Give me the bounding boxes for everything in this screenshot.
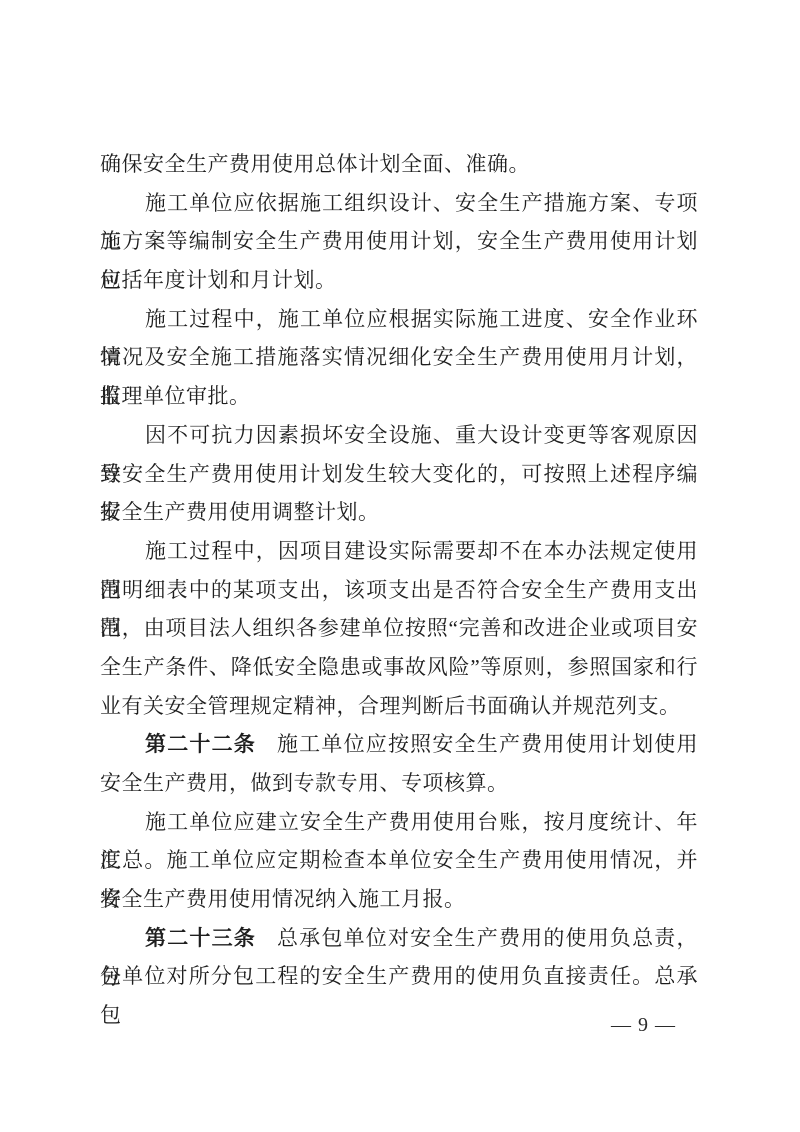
- text-line: 施工过程中，因项目建设实际需要却不在本办法规定使用范: [100, 532, 698, 571]
- paragraph-article-22: 第二十二条施工单位应按照安全生产费用使用计划使用 安全生产费用，做到专款专用、专…: [100, 725, 698, 802]
- text-line: 包单位对所分包工程的安全生产费用的使用负直接责任。总承包: [100, 957, 698, 996]
- text-line: 工方案等编制安全生产费用使用计划，安全生产费用使用计划应: [100, 222, 698, 261]
- article-text: 施工单位应按照安全生产费用使用计划使用: [277, 732, 698, 756]
- paragraph: 因不可抗力因素损坏安全设施、重大设计变更等客观原因导 致安全生产费用使用计划发生…: [100, 416, 698, 532]
- text-line: 第二十三条总承包单位对安全生产费用的使用负总责，分: [100, 919, 698, 958]
- text-line: 围明细表中的某项支出，该项支出是否符合安全生产费用支出范: [100, 571, 698, 610]
- text-line: 围，由项目法人组织各参建单位按照“完善和改进企业或项目安: [100, 609, 698, 648]
- page-number: — 9 —: [611, 1012, 676, 1038]
- text-line: 安全生产费用使用调整计划。: [100, 493, 698, 532]
- text-line: 施工单位应依据施工组织设计、安全生产措施方案、专项施: [100, 184, 698, 223]
- article-number: 第二十三条: [145, 927, 256, 950]
- text-line: 包括年度计划和月计划。: [100, 261, 698, 300]
- paragraph: 施工过程中，施工单位应根据实际施工进度、安全作业环境 情况及安全施工措施落实情况…: [100, 300, 698, 416]
- text-line: 施工过程中，施工单位应根据实际施工进度、安全作业环境: [100, 300, 698, 339]
- text-line: 第二十二条施工单位应按照安全生产费用使用计划使用: [100, 725, 698, 764]
- text-line: 监理单位审批。: [100, 377, 698, 416]
- article-number: 第二十二条: [145, 733, 256, 756]
- text-block: 确保安全生产费用使用总体计划全面、准确。 施工单位应依据施工组织设计、安全生产措…: [100, 145, 698, 996]
- paragraph: 施工过程中，因项目建设实际需要却不在本办法规定使用范 围明细表中的某项支出，该项…: [100, 532, 698, 725]
- text-line: 业有关安全管理规定精神，合理判断后书面确认并规范列支。: [100, 687, 698, 726]
- text-line: 因不可抗力因素损坏安全设施、重大设计变更等客观原因导: [100, 416, 698, 455]
- paragraph-article-23: 第二十三条总承包单位对安全生产费用的使用负总责，分 包单位对所分包工程的安全生产…: [100, 919, 698, 996]
- paragraph: 施工单位应依据施工组织设计、安全生产措施方案、专项施 工方案等编制安全生产费用使…: [100, 184, 698, 300]
- text-line: 安全生产费用使用情况纳入施工月报。: [100, 880, 698, 919]
- text-line: 全生产条件、降低安全隐患或事故风险”等原则，参照国家和行: [100, 648, 698, 687]
- text-line: 致安全生产费用使用计划发生较大变化的，可按照上述程序编报: [100, 455, 698, 494]
- text-line: 确保安全生产费用使用总体计划全面、准确。: [100, 145, 698, 184]
- text-line: 汇总。施工单位应定期检查本单位安全生产费用使用情况，并将: [100, 841, 698, 880]
- text-line: 施工单位应建立安全生产费用使用台账，按月度统计、年度: [100, 803, 698, 842]
- paragraph: 施工单位应建立安全生产费用使用台账，按月度统计、年度 汇总。施工单位应定期检查本…: [100, 803, 698, 919]
- paragraph: 确保安全生产费用使用总体计划全面、准确。: [100, 145, 698, 184]
- text-line: 安全生产费用，做到专款专用、专项核算。: [100, 764, 698, 803]
- document-page: 确保安全生产费用使用总体计划全面、准确。 施工单位应依据施工组织设计、安全生产措…: [0, 0, 800, 1132]
- text-line: 情况及安全施工措施落实情况细化安全生产费用使用月计划，报: [100, 338, 698, 377]
